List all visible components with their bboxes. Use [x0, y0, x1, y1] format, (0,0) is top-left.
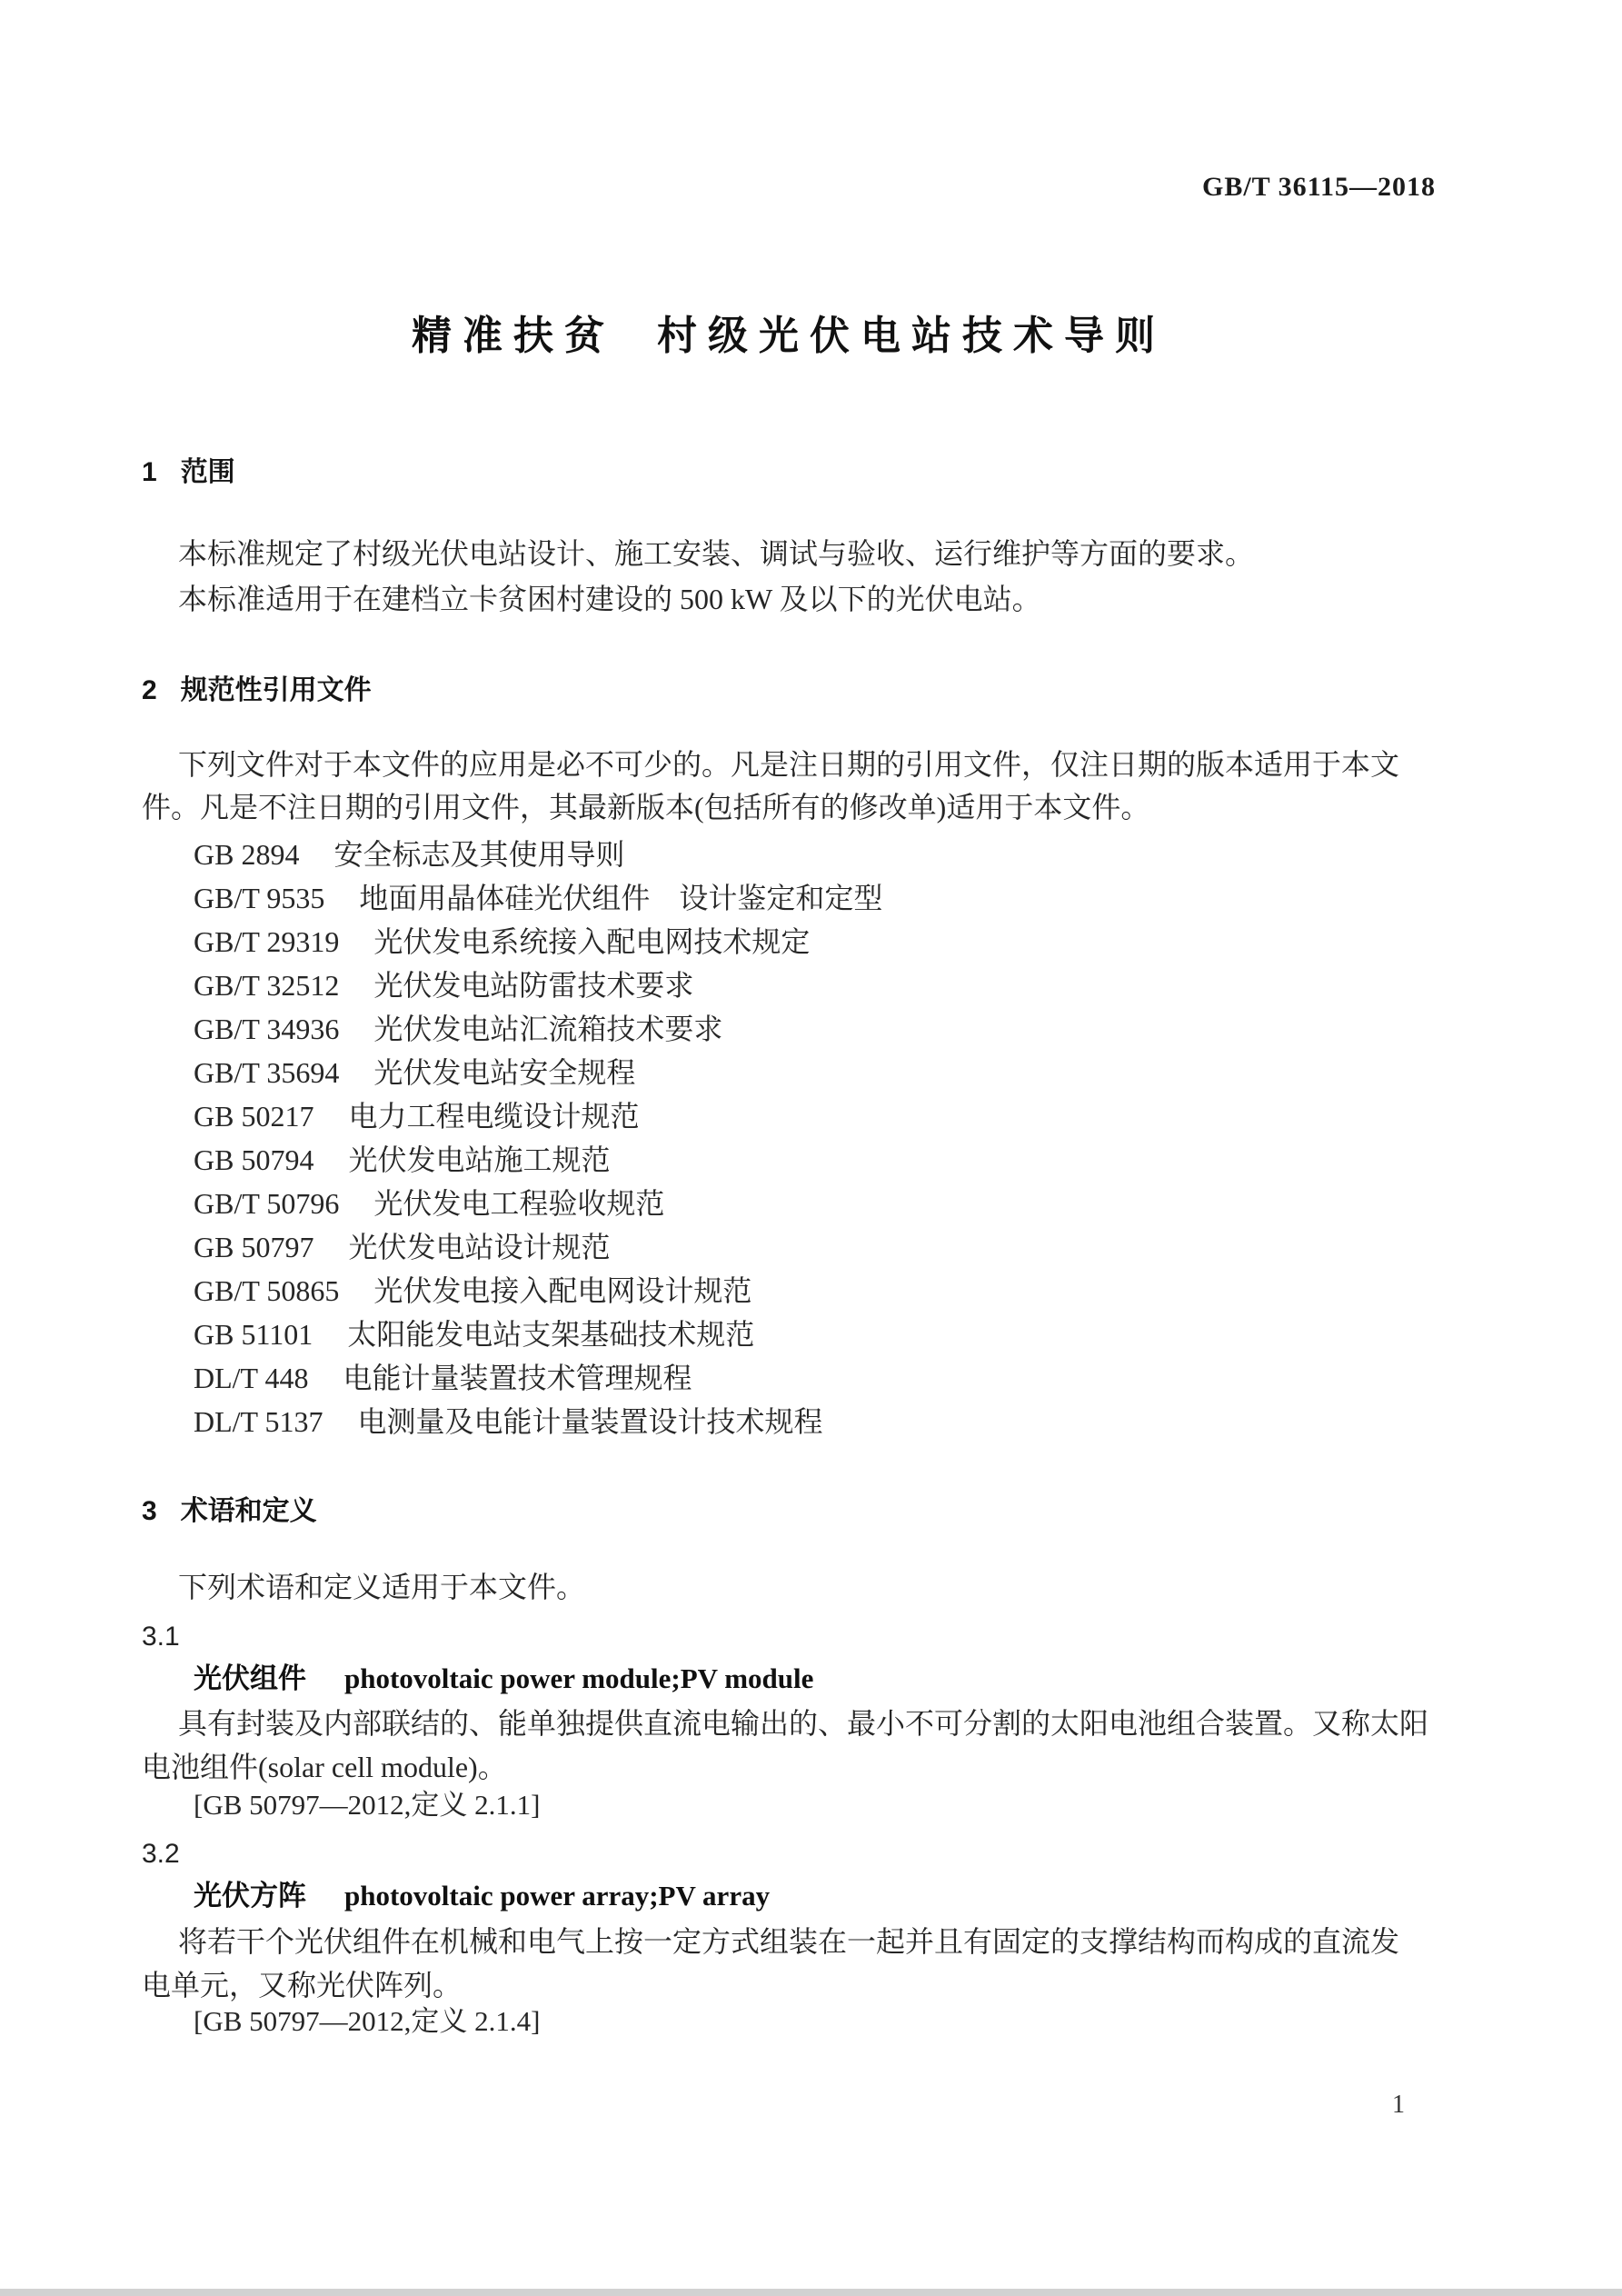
- reference-code: GB 50217: [194, 1094, 313, 1138]
- reference-code: GB 50797: [194, 1225, 313, 1269]
- reference-code: GB/T 50865: [194, 1269, 339, 1313]
- reference-item: GB/T 50796光伏发电工程验收规范: [142, 1182, 1436, 1225]
- section-2-intro-paragraph: 下列文件对于本文件的应用是必不可少的。凡是注日期的引用文件，仅注日期的版本适用于…: [142, 744, 1436, 829]
- document-title: 精准扶贫村级光伏电站技术导则: [142, 313, 1436, 360]
- page-content: GB/T 36115—2018 精准扶贫村级光伏电站技术导则 1范围 本标准规定…: [142, 0, 1436, 2296]
- scan-bottom-edge: [0, 2289, 1622, 2296]
- reference-code: GB/T 35694: [194, 1051, 339, 1094]
- definition-line: 将若干个光伏组件在机械和电气上按一定方式组装在一起并且有固定的支撑结构而构成的直…: [142, 1920, 1436, 1963]
- section-3-title: 术语和定义: [181, 1496, 317, 1526]
- reference-title: 光伏发电站安全规程: [373, 1056, 635, 1089]
- reference-item: DL/T 448电能计量装置技术管理规程: [142, 1356, 1436, 1400]
- clause-3-1-number: 3.1: [142, 1621, 180, 1653]
- reference-code: GB 51101: [194, 1313, 313, 1356]
- reference-title: 光伏发电站汇流箱技术要求: [373, 1013, 722, 1045]
- clause-3-2-number: 3.2: [142, 1838, 180, 1871]
- reference-title: 安全标志及其使用导则: [333, 838, 624, 871]
- section-1-paragraph: 本标准规定了村级光伏电站设计、施工安装、调试与验收、运行维护等方面的要求。 本标…: [142, 531, 1436, 622]
- term-3-1-source: [GB 50797—2012,定义 2.1.1]: [194, 1787, 540, 1823]
- paragraph-line: 本标准规定了村级光伏电站设计、施工安装、调试与验收、运行维护等方面的要求。: [142, 531, 1436, 576]
- section-1-heading: 1范围: [142, 456, 235, 489]
- reference-item: GB 50797光伏发电站设计规范: [142, 1225, 1436, 1269]
- section-2-number: 2: [142, 674, 157, 707]
- paragraph-line: 下列术语和定义适用于本文件。: [142, 1566, 1436, 1609]
- reference-title: 太阳能发电站支架基础技术规范: [347, 1318, 754, 1351]
- reference-code: DL/T 448: [194, 1356, 309, 1400]
- reference-title: 电力工程电缆设计规范: [348, 1100, 639, 1133]
- reference-item: GB/T 35694光伏发电站安全规程: [142, 1051, 1436, 1094]
- reference-item: GB/T 9535地面用晶体硅光伏组件 设计鉴定和定型: [142, 876, 1436, 920]
- term-3-1-english: photovoltaic power module;PV module: [344, 1662, 813, 1694]
- section-3-heading: 3术语和定义: [142, 1495, 317, 1528]
- reference-code: GB/T 34936: [194, 1007, 339, 1051]
- section-3-intro-paragraph: 下列术语和定义适用于本文件。: [142, 1566, 1436, 1609]
- term-3-1-chinese: 光伏组件: [194, 1662, 306, 1694]
- section-2-heading: 2规范性引用文件: [142, 674, 372, 707]
- reference-item: GB 50217电力工程电缆设计规范: [142, 1094, 1436, 1138]
- page-number: 1: [1392, 2091, 1405, 2120]
- reference-item: GB/T 50865光伏发电接入配电网设计规范: [142, 1269, 1436, 1313]
- reference-title: 电能计量装置技术管理规程: [343, 1362, 692, 1394]
- term-3-1-definition: 具有封装及内部联结的、能单独提供直流电输出的、最小不可分割的太阳电池组合装置。又…: [142, 1702, 1436, 1789]
- reference-title: 光伏发电站防雷技术要求: [373, 969, 693, 1002]
- reference-code: GB/T 29319: [194, 920, 339, 963]
- section-3-number: 3: [142, 1495, 157, 1528]
- definition-line: 电池组件(solar cell module)。: [142, 1745, 1436, 1789]
- definition-line: 具有封装及内部联结的、能单独提供直流电输出的、最小不可分割的太阳电池组合装置。又…: [142, 1702, 1436, 1745]
- reference-code: GB/T 32512: [194, 963, 339, 1007]
- section-1-title: 范围: [181, 457, 235, 487]
- reference-code: DL/T 5137: [194, 1400, 323, 1443]
- term-3-2: 光伏方阵photovoltaic power array;PV array: [194, 1878, 770, 1914]
- term-3-2-source: [GB 50797—2012,定义 2.1.4]: [194, 2003, 540, 2040]
- term-3-2-chinese: 光伏方阵: [194, 1880, 306, 1912]
- document-page: GB/T 36115—2018 精准扶贫村级光伏电站技术导则 1范围 本标准规定…: [0, 0, 1622, 2296]
- paragraph-line: 本标准适用于在建档立卡贫困村建设的 500 kW 及以下的光伏电站。: [142, 576, 1436, 622]
- reference-title: 电测量及电能计量装置设计技术规程: [358, 1405, 823, 1438]
- term-3-1: 光伏组件photovoltaic power module;PV module: [194, 1661, 813, 1697]
- reference-item: GB 2894安全标志及其使用导则: [142, 833, 1436, 876]
- paragraph-line: 件。凡是不注日期的引用文件，其最新版本(包括所有的修改单)适用于本文件。: [142, 786, 1436, 829]
- reference-code: GB/T 9535: [194, 876, 324, 920]
- reference-title: 光伏发电系统接入配电网技术规定: [373, 925, 810, 958]
- term-3-2-definition: 将若干个光伏组件在机械和电气上按一定方式组装在一起并且有固定的支撑结构而构成的直…: [142, 1920, 1436, 2007]
- document-title-part1: 精准扶贫: [412, 314, 615, 358]
- definition-line: 电单元，又称光伏阵列。: [142, 1963, 1436, 2007]
- term-3-2-english: photovoltaic power array;PV array: [344, 1880, 770, 1912]
- paragraph-line: 下列文件对于本文件的应用是必不可少的。凡是注日期的引用文件，仅注日期的版本适用于…: [142, 744, 1436, 786]
- reference-item: GB 50794光伏发电站施工规范: [142, 1138, 1436, 1182]
- reference-title: 光伏发电接入配电网设计规范: [373, 1274, 751, 1307]
- reference-item: DL/T 5137电测量及电能计量装置设计技术规程: [142, 1400, 1436, 1443]
- normative-references-list: GB 2894安全标志及其使用导则 GB/T 9535地面用晶体硅光伏组件 设计…: [142, 833, 1436, 1443]
- section-2-title: 规范性引用文件: [181, 675, 372, 705]
- reference-item: GB/T 29319光伏发电系统接入配电网技术规定: [142, 920, 1436, 963]
- standard-number: GB/T 36115—2018: [1202, 171, 1436, 204]
- reference-code: GB 2894: [194, 833, 299, 876]
- section-1-number: 1: [142, 456, 157, 489]
- reference-code: GB/T 50796: [194, 1182, 339, 1225]
- reference-title: 光伏发电工程验收规范: [373, 1187, 664, 1220]
- reference-item: GB/T 32512光伏发电站防雷技术要求: [142, 963, 1436, 1007]
- reference-title: 光伏发电站施工规范: [348, 1143, 610, 1176]
- document-title-part2: 村级光伏电站技术导则: [657, 314, 1166, 358]
- reference-title: 地面用晶体硅光伏组件 设计鉴定和定型: [359, 882, 882, 914]
- reference-item: GB 51101太阳能发电站支架基础技术规范: [142, 1313, 1436, 1356]
- reference-item: GB/T 34936光伏发电站汇流箱技术要求: [142, 1007, 1436, 1051]
- reference-title: 光伏发电站设计规范: [348, 1231, 610, 1263]
- reference-code: GB 50794: [194, 1138, 313, 1182]
